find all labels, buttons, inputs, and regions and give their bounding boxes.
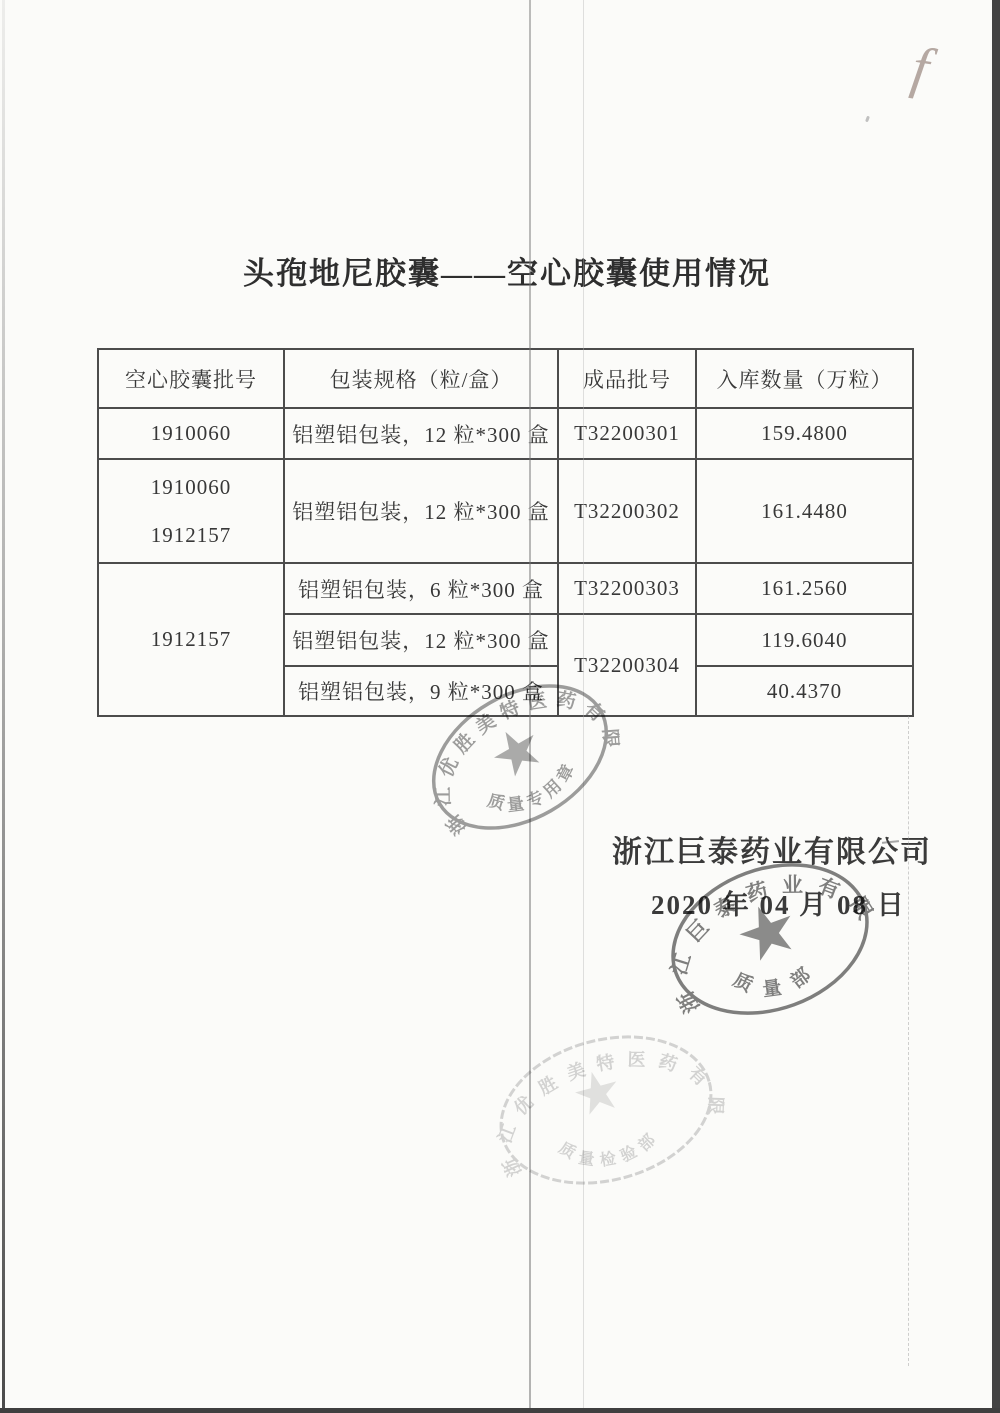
spec-cell: 铝塑铝包装，12 粒*300 盒 — [284, 614, 558, 666]
quality-department-stamp: 浙江巨泰药业有限公司 质 量 部 — [655, 849, 885, 1029]
document-title: 头孢地尼胶囊——空心胶囊使用情况 — [0, 248, 1000, 293]
table-header-row: 空心胶囊批号 包装规格（粒/盒） 成品批号 入库数量（万粒） — [98, 349, 913, 408]
capsule-usage-table: 空心胶囊批号 包装规格（粒/盒） 成品批号 入库数量（万粒） 1910060 铝… — [97, 348, 914, 717]
table-row: 1910060 铝塑铝包装，12 粒*300 盒 T32200301 159.4… — [98, 408, 913, 459]
spec-cell: 铝塑铝包装，6 粒*300 盒 — [284, 563, 558, 614]
capsule-batch-line: 1910060 — [99, 475, 283, 500]
scan-edge-right — [992, 0, 1000, 1413]
spec-cell: 铝塑铝包装，12 粒*300 盒 — [284, 408, 558, 459]
capsule-batch-cell: 1910060 1912157 — [98, 459, 284, 563]
quality-special-seal-stamp: 浙江优胜美特医药有限公司 质量专用章 — [410, 667, 630, 847]
crease-line — [908, 716, 910, 1366]
quantity-cell: 40.4370 — [696, 666, 913, 716]
scan-edge-left — [2, 0, 5, 1413]
product-batch-cell: T32200302 — [558, 459, 696, 563]
quantity-cell: 119.6040 — [696, 614, 913, 666]
scanned-document-page: f 头孢地尼胶囊——空心胶囊使用情况 空心胶囊批号 包装规格（粒/盒） 成品批号… — [0, 0, 1000, 1413]
header-packaging-spec: 包装规格（粒/盒） — [284, 349, 558, 408]
quality-inspection-stamp: 浙江优胜美特医药有限公司 质量检验部 — [486, 1020, 726, 1200]
header-quantity: 入库数量（万粒） — [696, 349, 913, 408]
stamp-bottom-text: 质量检验部 — [552, 1113, 668, 1182]
table-row: 1910060 1912157 铝塑铝包装，12 粒*300 盒 T322003… — [98, 459, 913, 563]
quantity-cell: 161.4480 — [696, 459, 913, 563]
quantity-cell: 159.4800 — [696, 408, 913, 459]
header-capsule-batch: 空心胶囊批号 — [98, 349, 284, 408]
handwritten-mark: f — [891, 30, 948, 112]
capsule-batch-cell: 1910060 — [98, 408, 284, 459]
scan-edge-bottom — [0, 1408, 1000, 1413]
capsule-batch-cell: 1912157 — [98, 563, 284, 716]
product-batch-cell: T32200301 — [558, 408, 696, 459]
quantity-cell: 161.2560 — [696, 563, 913, 614]
spec-cell: 铝塑铝包装，12 粒*300 盒 — [284, 459, 558, 563]
ink-speck — [865, 116, 870, 123]
table-row: 1912157 铝塑铝包装，6 粒*300 盒 T32200303 161.25… — [98, 563, 913, 614]
product-batch-cell: T32200303 — [558, 563, 696, 614]
capsule-batch-line: 1912157 — [99, 523, 283, 548]
header-product-batch: 成品批号 — [558, 349, 696, 408]
stamp-bottom-text: 质 量 部 — [724, 944, 821, 1016]
